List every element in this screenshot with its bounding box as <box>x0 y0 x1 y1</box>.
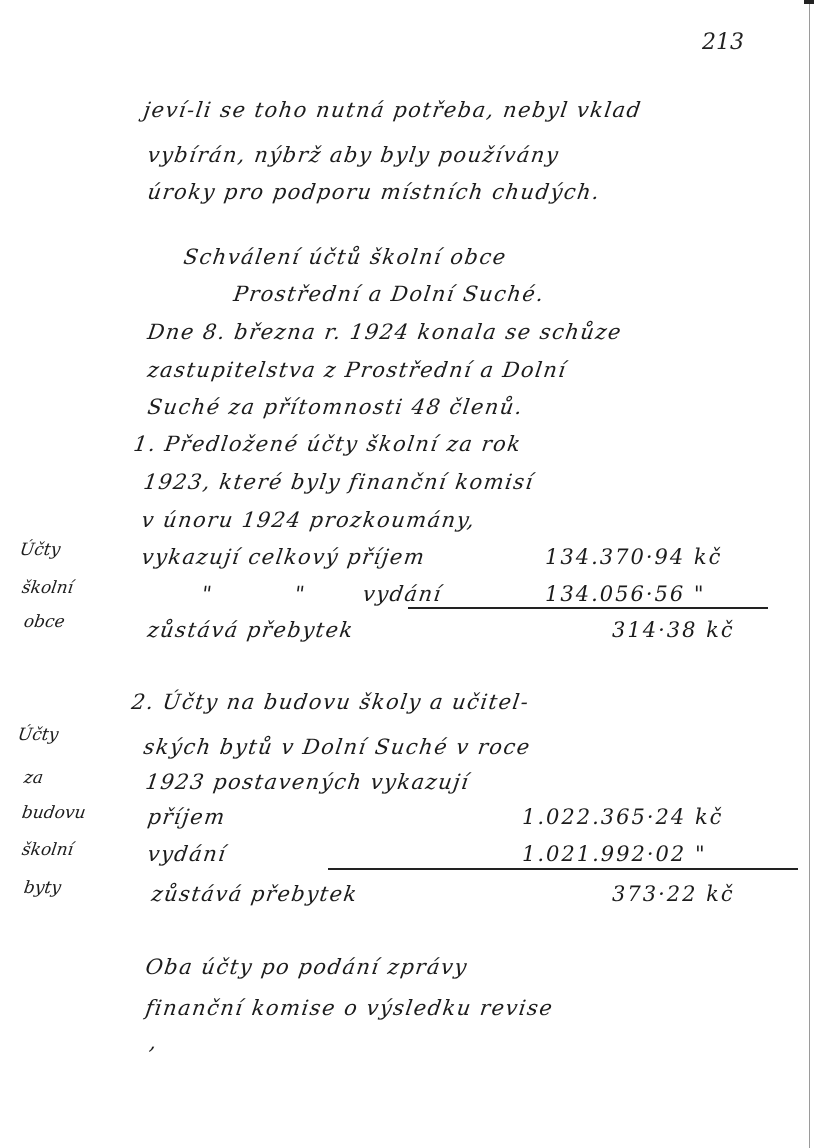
account-row-label: zůstává přebytek <box>146 618 356 642</box>
intro-line-3: úroky pro podporu místních chudých. <box>146 180 602 204</box>
margin-note-line: Účty <box>19 540 62 560</box>
account-row-label: " " vydání <box>200 582 444 606</box>
account-row-amount: 134.370·94 kč <box>545 545 722 569</box>
closing-line-3: , <box>148 1030 160 1054</box>
account-row-amount: 1.022.365·24 kč <box>522 805 723 829</box>
page-number: 213 <box>702 30 744 55</box>
body-line-5: 1923, které byly finanční komisí <box>142 470 536 494</box>
account-row-label: vydání <box>146 842 228 866</box>
body-line-4: 1. Předložené účty školní za rok <box>132 432 523 456</box>
margin-note-line: školní <box>21 578 75 598</box>
sum-rule <box>328 868 798 870</box>
account-row-amount: 134.056·56 " <box>545 582 706 606</box>
page-corner-mark <box>804 0 814 4</box>
account-row-amount: 314·38 kč <box>612 618 735 642</box>
account-row-amount: 373·22 kč <box>612 882 735 906</box>
body-line-3: Suché za přítomnosti 48 členů. <box>146 395 525 419</box>
closing-line-1: Oba účty po podání zprávy <box>144 955 470 979</box>
body-line-2: zastupitelstva z Prostřední a Dolní <box>146 358 568 382</box>
body-line-6: v únoru 1924 prozkoumány, <box>140 508 477 532</box>
sum-rule <box>408 607 768 609</box>
account-row-label: příjem <box>146 805 227 829</box>
account-row-amount: 1.021.992·02 " <box>522 842 707 866</box>
closing-line-2: finanční komise o výsledku revise <box>144 996 555 1020</box>
account-2-line-2: ských bytů v Dolní Suché v roce <box>142 735 533 759</box>
section-title-line-2: Prostřední a Dolní Suché. <box>232 282 546 306</box>
margin-note-line: obce <box>23 612 67 632</box>
section-title-line-1: Schválení účtů školní obce <box>182 245 508 269</box>
margin-note-line: Účty <box>17 725 60 745</box>
margin-note-line: školní <box>21 840 75 860</box>
intro-line-2: vybírán, nýbrž aby byly používány <box>146 143 561 167</box>
margin-note-line: byty <box>23 878 63 898</box>
body-line-1: Dne 8. března r. 1924 konala se schůze <box>146 320 624 344</box>
account-row-label: vykazují celkový příjem <box>140 545 427 569</box>
account-2-line-3: 1923 postavených vykazují <box>144 770 471 794</box>
intro-line-1: jeví-li se toho nutná potřeba, nebyl vkl… <box>142 98 643 122</box>
account-row-label: zůstává přebytek <box>150 882 360 906</box>
account-2-line-1: 2. Účty na budovu školy a učitel- <box>130 690 531 714</box>
margin-note-line: za <box>23 768 45 788</box>
page-edge-line <box>809 0 810 1148</box>
margin-note-line: budovu <box>21 803 87 823</box>
